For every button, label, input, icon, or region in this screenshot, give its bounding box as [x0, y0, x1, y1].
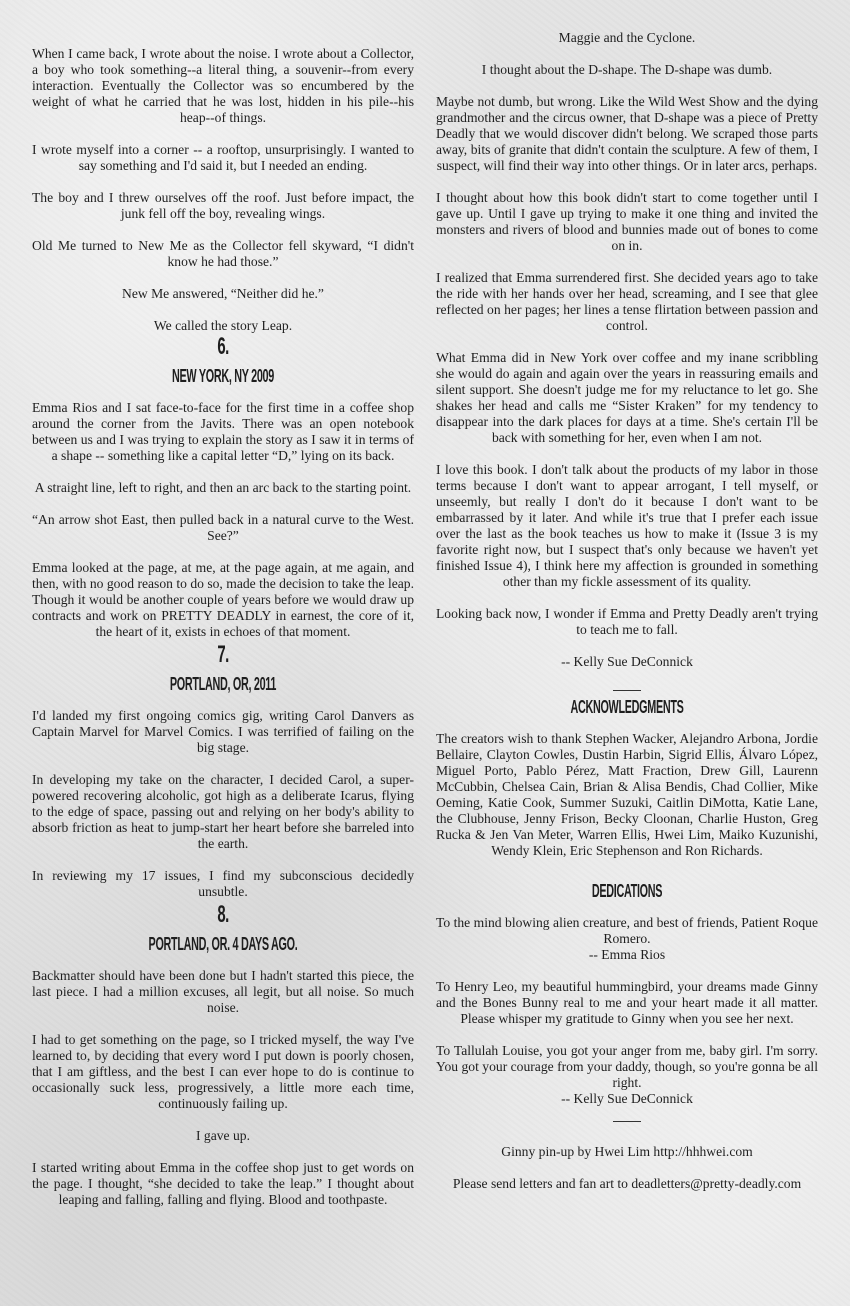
section-paragraph: I started writing about Emma in the coff…	[32, 1160, 414, 1208]
section-paragraph: I had to get something on the page, so I…	[32, 1032, 414, 1112]
acknowledgments-text: The creators wish to thank Stephen Wacke…	[436, 731, 818, 859]
section-paragraph: In developing my take on the character, …	[32, 772, 414, 852]
dedication-signature: -- Emma Rios	[436, 947, 818, 963]
intro-paragraph: I wrote myself into a corner -- a roofto…	[32, 142, 414, 174]
section-paragraph: A straight line, left to right, and then…	[32, 480, 414, 496]
dedication-text: To Tallulah Louise, you got your anger f…	[436, 1043, 818, 1091]
intro-paragraph: Old Me turned to New Me as the Collector…	[32, 238, 414, 270]
section-number: 7.	[105, 642, 342, 668]
divider	[613, 1121, 641, 1122]
paragraph: I love this book. I don't talk about the…	[436, 462, 818, 590]
right-column: Maggie and the Cyclone. I thought about …	[436, 30, 818, 1208]
paragraph: I realized that Emma surrendered first. …	[436, 270, 818, 334]
dedication-text: To the mind blowing alien creature, and …	[436, 915, 818, 947]
paragraph: I thought about the D-shape. The D-shape…	[436, 62, 818, 78]
author-signature: -- Kelly Sue DeConnick	[436, 654, 818, 670]
dedications-section: DEDICATIONS To the mind blowing alien cr…	[436, 879, 818, 1107]
divider	[613, 690, 641, 691]
section-paragraph: “An arrow shot East, then pulled back in…	[32, 512, 414, 544]
intro-paragraph: When I came back, I wrote about the nois…	[32, 46, 414, 126]
section-paragraph: I gave up.	[32, 1128, 414, 1144]
intro-paragraph: We called the story Leap.	[32, 318, 414, 334]
dedication-text: To Henry Leo, my beautiful hummingbird, …	[436, 979, 818, 1027]
section-heading: PORTLAND, OR, 2011	[108, 672, 337, 696]
left-column: When I came back, I wrote about the nois…	[32, 46, 414, 1224]
section-7: 7. PORTLAND, OR, 2011 I'd landed my firs…	[32, 642, 414, 900]
section-paragraph: In reviewing my 17 issues, I find my sub…	[32, 868, 414, 900]
section-8: 8. PORTLAND, OR. 4 DAYS AGO. Backmatter …	[32, 902, 414, 1208]
section-paragraph: Emma Rios and I sat face-to-face for the…	[32, 400, 414, 464]
section-6: 6. NEW YORK, NY 2009 Emma Rios and I sat…	[32, 334, 414, 640]
pinup-credit: Ginny pin-up by Hwei Lim http://hhhwei.c…	[436, 1144, 818, 1160]
paragraph: Maybe not dumb, but wrong. Like the Wild…	[436, 94, 818, 174]
dedications-heading: DEDICATIONS	[512, 879, 741, 903]
section-paragraph: Backmatter should have been done but I h…	[32, 968, 414, 1016]
section-heading: NEW YORK, NY 2009	[108, 364, 337, 388]
paragraph: Looking back now, I wonder if Emma and P…	[436, 606, 818, 638]
intro-paragraph: The boy and I threw ourselves off the ro…	[32, 190, 414, 222]
dedication-signature: -- Kelly Sue DeConnick	[436, 1091, 818, 1107]
section-paragraph: I'd landed my first ongoing comics gig, …	[32, 708, 414, 756]
paragraph: What Emma did in New York over coffee an…	[436, 350, 818, 446]
paragraph: I thought about how this book didn't sta…	[436, 190, 818, 254]
contact-info: Please send letters and fan art to deadl…	[436, 1176, 818, 1192]
acknowledgments-section: ACKNOWLEDGMENTS The creators wish to tha…	[436, 690, 818, 859]
section-number: 6.	[105, 334, 342, 360]
section-heading: PORTLAND, OR. 4 DAYS AGO.	[108, 932, 337, 956]
acknowledgments-heading: ACKNOWLEDGMENTS	[512, 695, 741, 719]
intro-paragraph: New Me answered, “Neither did he.”	[32, 286, 414, 302]
credits-section: Ginny pin-up by Hwei Lim http://hhhwei.c…	[436, 1121, 818, 1192]
paragraph: Maggie and the Cyclone.	[436, 30, 818, 46]
section-number: 8.	[105, 902, 342, 928]
section-paragraph: Emma looked at the page, at me, at the p…	[32, 560, 414, 640]
